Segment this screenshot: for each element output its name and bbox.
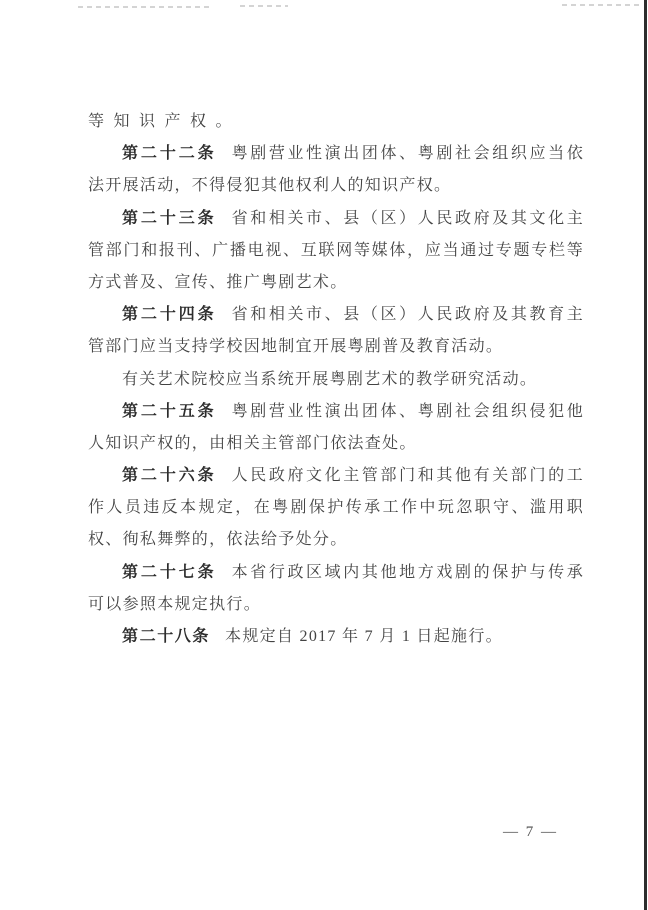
- document-line: 等知识产权。: [88, 106, 584, 138]
- document-line: 有关艺术院校应当系统开展粤剧艺术的教学研究活动。: [88, 364, 584, 396]
- line-text: 权、徇私舞弊的，依法给予处分。: [88, 531, 348, 548]
- line-text: 有关艺术院校应当系统开展粤剧艺术的教学研究活动。: [122, 371, 537, 388]
- document-line: 权、徇私舞弊的，依法给予处分。: [88, 524, 584, 556]
- article-number: 第二十六条: [122, 467, 217, 484]
- page-number: — 7 —: [503, 824, 558, 841]
- document-line: 可以参照本规定执行。: [88, 589, 584, 621]
- scan-noise-artifact: [78, 6, 213, 8]
- article-number: 第二十五条: [122, 403, 217, 420]
- scan-noise-artifact: [562, 4, 640, 6]
- article-number: 第二十四条: [122, 306, 217, 323]
- article-number: 第二十八条: [122, 628, 210, 645]
- document-line: 第二十七条本省行政区域内其他地方戏剧的保护与传承: [88, 557, 584, 589]
- line-text: 人知识产权的，由相关主管部门依法查处。: [88, 435, 417, 452]
- scanner-edge-line: [644, 0, 647, 910]
- document-line: 第二十二条粤剧营业性演出团体、粤剧社会组织应当依: [88, 138, 584, 170]
- article-number: 第二十二条: [122, 145, 217, 162]
- document-text: 等知识产权。第二十二条粤剧营业性演出团体、粤剧社会组织应当依法开展活动，不得侵犯…: [88, 106, 584, 653]
- line-text: 管部门应当支持学校因地制宜开展粤剧普及教育活动。: [88, 338, 503, 355]
- document-line: 第二十八条本规定自 2017 年 7 月 1 日起施行。: [88, 621, 584, 653]
- article-number: 第二十三条: [122, 210, 217, 227]
- line-text: 法开展活动，不得侵犯其他权利人的知识产权。: [88, 177, 451, 194]
- document-line: 第二十六条人民政府文化主管部门和其他有关部门的工: [88, 460, 584, 492]
- scan-noise-artifact: [240, 5, 288, 7]
- line-text: 人民政府文化主管部门和其他有关部门的工: [232, 467, 584, 484]
- line-text: 省和相关市、县（区）人民政府及其文化主: [232, 210, 584, 227]
- line-text: 省和相关市、县（区）人民政府及其教育主: [232, 306, 584, 323]
- line-text: 粤剧营业性演出团体、粤剧社会组织侵犯他: [232, 403, 584, 420]
- line-text: 方式普及、宣传、推广粤剧艺术。: [88, 274, 348, 291]
- document-line: 第二十四条省和相关市、县（区）人民政府及其教育主: [88, 299, 584, 331]
- line-text: 可以参照本规定执行。: [88, 596, 261, 613]
- line-text: 本规定自 2017 年 7 月 1 日起施行。: [225, 628, 503, 645]
- document-line: 人知识产权的，由相关主管部门依法查处。: [88, 428, 584, 460]
- article-number: 第二十七条: [122, 564, 217, 581]
- line-text: 作人员违反本规定，在粤剧保护传承工作中玩忽职守、滥用职: [88, 499, 584, 516]
- document-line: 作人员违反本规定，在粤剧保护传承工作中玩忽职守、滥用职: [88, 492, 584, 524]
- line-text: 管部门和报刊、广播电视、互联网等媒体，应当通过专题专栏等: [88, 242, 584, 259]
- document-line: 管部门应当支持学校因地制宜开展粤剧普及教育活动。: [88, 331, 584, 363]
- document-line: 管部门和报刊、广播电视、互联网等媒体，应当通过专题专栏等: [88, 235, 584, 267]
- line-text: 本省行政区域内其他地方戏剧的保护与传承: [232, 564, 584, 581]
- line-text: 粤剧营业性演出团体、粤剧社会组织应当依: [232, 145, 584, 162]
- document-line: 第二十三条省和相关市、县（区）人民政府及其文化主: [88, 203, 584, 235]
- scanned-document-page: 等知识产权。第二十二条粤剧营业性演出团体、粤剧社会组织应当依法开展活动，不得侵犯…: [0, 0, 648, 910]
- document-line: 法开展活动，不得侵犯其他权利人的知识产权。: [88, 170, 584, 202]
- document-line: 方式普及、宣传、推广粤剧艺术。: [88, 267, 584, 299]
- document-line: 第二十五条粤剧营业性演出团体、粤剧社会组织侵犯他: [88, 396, 584, 428]
- line-text: 等知识产权。: [88, 113, 241, 130]
